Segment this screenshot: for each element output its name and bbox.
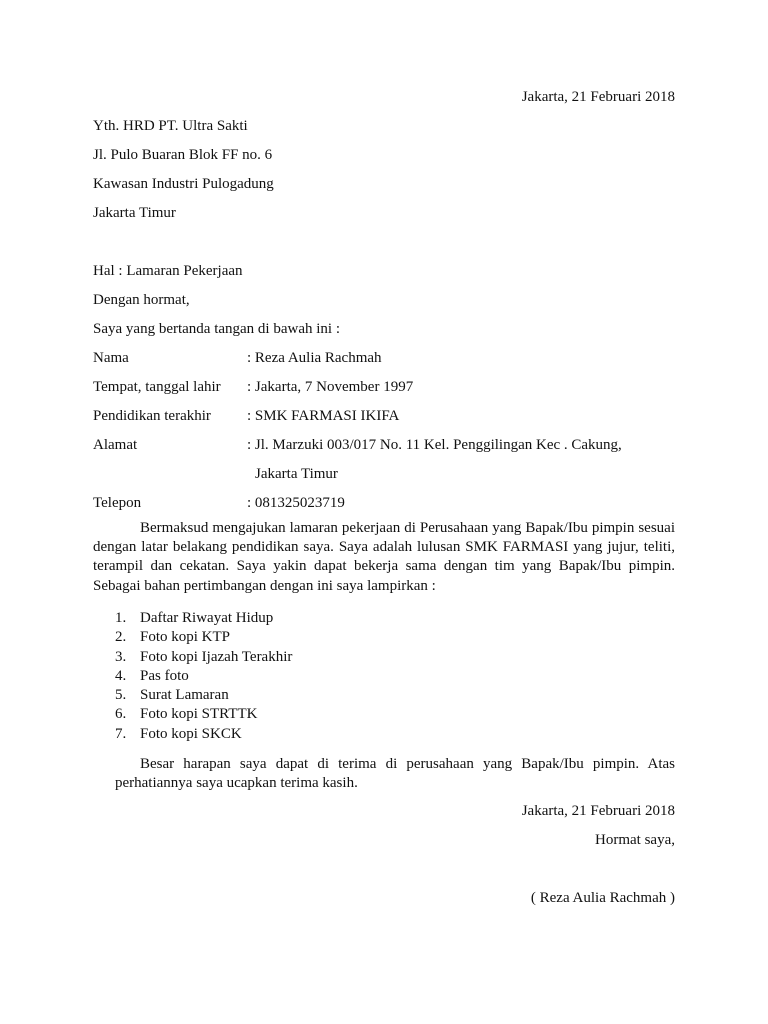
recipient-line-3: Kawasan Industri Pulogadung bbox=[93, 175, 274, 193]
letter-salutation: Hormat saya, bbox=[595, 831, 675, 849]
list-text: Surat Lamaran bbox=[140, 687, 229, 703]
list-text: Foto kopi Ijazah Terakhir bbox=[140, 649, 292, 665]
list-number: 3. bbox=[115, 648, 140, 667]
list-item: 3.Foto kopi Ijazah Terakhir bbox=[115, 648, 292, 667]
detail-value-address: : Jl. Marzuki 003/017 No. 11 Kel. Penggi… bbox=[247, 436, 622, 454]
list-item: 7.Foto kopi SKCK bbox=[115, 725, 292, 744]
list-text: Pas foto bbox=[140, 668, 189, 684]
detail-value-birth: : Jakarta, 7 November 1997 bbox=[247, 378, 413, 396]
body-paragraph-text: Bermaksud mengajukan lamaran pekerjaan d… bbox=[93, 520, 675, 594]
attachments-list: 1.Daftar Riwayat Hidup 2.Foto kopi KTP 3… bbox=[115, 609, 292, 744]
list-text: Daftar Riwayat Hidup bbox=[140, 610, 273, 626]
list-item: 5.Surat Lamaran bbox=[115, 686, 292, 705]
detail-value-phone: : 081325023719 bbox=[247, 494, 345, 512]
detail-label-phone: Telepon bbox=[93, 494, 141, 512]
list-number: 5. bbox=[115, 686, 140, 705]
recipient-line-4: Jakarta Timur bbox=[93, 204, 176, 222]
list-text: Foto kopi STRTTK bbox=[140, 706, 257, 722]
list-number: 2. bbox=[115, 628, 140, 647]
detail-label-name: Nama bbox=[93, 349, 129, 367]
list-number: 1. bbox=[115, 609, 140, 628]
detail-label-birth: Tempat, tanggal lahir bbox=[93, 378, 221, 396]
list-item: 2.Foto kopi KTP bbox=[115, 628, 292, 647]
list-number: 7. bbox=[115, 725, 140, 744]
letter-greeting: Dengan hormat, bbox=[93, 291, 190, 309]
body-paragraph: Bermaksud mengajukan lamaran pekerjaan d… bbox=[93, 519, 675, 596]
letter-signature: ( Reza Aulia Rachmah ) bbox=[531, 889, 675, 907]
letter-date-bottom: Jakarta, 21 Februari 2018 bbox=[522, 802, 675, 820]
letter-subject: Hal : Lamaran Pekerjaan bbox=[93, 262, 243, 280]
detail-value-address-cont: Jakarta Timur bbox=[255, 465, 338, 483]
detail-value-name: : Reza Aulia Rachmah bbox=[247, 349, 382, 367]
list-item: 4.Pas foto bbox=[115, 667, 292, 686]
closing-paragraph-text: Besar harapan saya dapat di terima di pe… bbox=[115, 756, 675, 791]
list-number: 4. bbox=[115, 667, 140, 686]
list-number: 6. bbox=[115, 705, 140, 724]
list-text: Foto kopi KTP bbox=[140, 629, 230, 645]
detail-label-address: Alamat bbox=[93, 436, 137, 454]
letter-date-top: Jakarta, 21 Februari 2018 bbox=[522, 88, 675, 106]
list-item: 6.Foto kopi STRTTK bbox=[115, 705, 292, 724]
detail-value-education: : SMK FARMASI IKIFA bbox=[247, 407, 399, 425]
recipient-line-2: Jl. Pulo Buaran Blok FF no. 6 bbox=[93, 146, 272, 164]
detail-label-education: Pendidikan terakhir bbox=[93, 407, 211, 425]
list-text: Foto kopi SKCK bbox=[140, 726, 242, 742]
list-item: 1.Daftar Riwayat Hidup bbox=[115, 609, 292, 628]
letter-page: Jakarta, 21 Februari 2018 Yth. HRD PT. U… bbox=[0, 0, 768, 1024]
letter-intro: Saya yang bertanda tangan di bawah ini : bbox=[93, 320, 340, 338]
recipient-line-1: Yth. HRD PT. Ultra Sakti bbox=[93, 117, 248, 135]
closing-paragraph: Besar harapan saya dapat di terima di pe… bbox=[115, 755, 675, 793]
